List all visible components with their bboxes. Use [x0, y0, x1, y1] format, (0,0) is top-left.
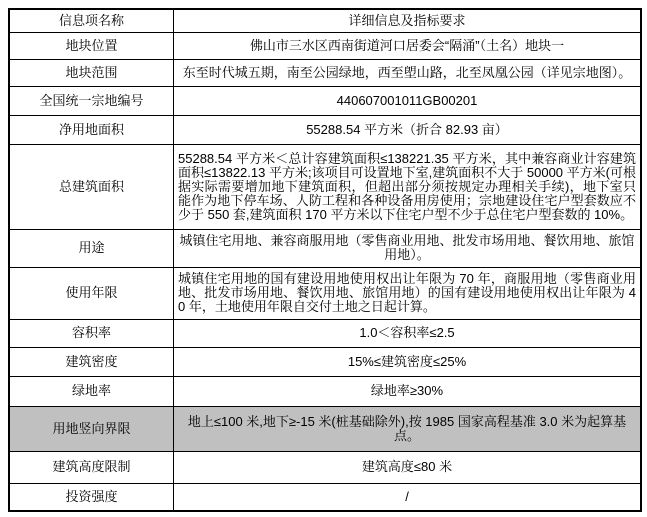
- document-page: 信息项名称 详细信息及指标要求 地块位置 佛山市三水区西南街道河口居委会“隔涌”…: [0, 0, 647, 517]
- row-land-use: 用途 城镇住宅用地、兼容商服用地（零售商业用地、批发市场用地、餐饮用地、旅馆用地…: [9, 229, 641, 267]
- row-label: 使用年限: [9, 267, 174, 319]
- row-value: 55288.54 平方米＜总计容建筑面积≤138221.35 平方米，其中兼容商…: [174, 144, 642, 229]
- row-building-density: 建筑密度 15%≤建筑密度≤25%: [9, 347, 641, 376]
- row-value: 建筑高度≤80 米: [174, 451, 642, 483]
- row-value: 地上≤100 米,地下≥-15 米(桩基础除外),按 1985 国家高程基准 3…: [174, 406, 642, 451]
- row-label: 用途: [9, 229, 174, 267]
- row-label: 全国统一宗地编号: [9, 86, 174, 115]
- row-value: /: [174, 483, 642, 511]
- row-label: 地块位置: [9, 32, 174, 59]
- row-value: 1.0＜容积率≤2.5: [174, 319, 642, 347]
- row-label: 容积率: [9, 319, 174, 347]
- row-plot-boundary: 地块范围 东至时代城五期，南至公园绿地，西至塱山路，北至凤凰公园（详见宗地图）。: [9, 59, 641, 86]
- row-plot-ratio: 容积率 1.0＜容积率≤2.5: [9, 319, 641, 347]
- row-use-term: 使用年限 城镇住宅用地的国有建设用地使用权出让年限为 70 年，商服用地（零售商…: [9, 267, 641, 319]
- row-value: 绿地率≥30%: [174, 376, 642, 406]
- row-value: 城镇住宅用地的国有建设用地使用权出让年限为 70 年，商服用地（零售商业用地、批…: [174, 267, 642, 319]
- row-investment-intensity: 投资强度 /: [9, 483, 641, 511]
- header-item-name: 信息项名称: [9, 9, 174, 32]
- row-label: 建筑高度限制: [9, 451, 174, 483]
- row-vertical-limit-highlighted: 用地竖向界限 地上≤100 米,地下≥-15 米(桩基础除外),按 1985 国…: [9, 406, 641, 451]
- row-net-land-area: 净用地面积 55288.54 平方米（折合 82.93 亩）: [9, 115, 641, 144]
- row-value: 15%≤建筑密度≤25%: [174, 347, 642, 376]
- row-value: 440607001011GB00201: [174, 86, 642, 115]
- row-value: 55288.54 平方米（折合 82.93 亩）: [174, 115, 642, 144]
- row-label: 总建筑面积: [9, 144, 174, 229]
- row-label: 绿地率: [9, 376, 174, 406]
- row-green-ratio: 绿地率 绿地率≥30%: [9, 376, 641, 406]
- row-national-parcel-number: 全国统一宗地编号 440607001011GB00201: [9, 86, 641, 115]
- row-plot-location: 地块位置 佛山市三水区西南街道河口居委会“隔涌”（土名）地块一: [9, 32, 641, 59]
- row-total-floor-area: 总建筑面积 55288.54 平方米＜总计容建筑面积≤138221.35 平方米…: [9, 144, 641, 229]
- row-label: 投资强度: [9, 483, 174, 511]
- row-value: 城镇住宅用地、兼容商服用地（零售商业用地、批发市场用地、餐饮用地、旅馆用地）。: [174, 229, 642, 267]
- row-building-height-limit: 建筑高度限制 建筑高度≤80 米: [9, 451, 641, 483]
- row-value: 佛山市三水区西南街道河口居委会“隔涌”（土名）地块一: [174, 32, 642, 59]
- row-label: 建筑密度: [9, 347, 174, 376]
- row-label: 用地竖向界限: [9, 406, 174, 451]
- row-label: 净用地面积: [9, 115, 174, 144]
- table-header-row: 信息项名称 详细信息及指标要求: [9, 9, 641, 32]
- header-detail-requirements: 详细信息及指标要求: [174, 9, 642, 32]
- row-label: 地块范围: [9, 59, 174, 86]
- row-value: 东至时代城五期，南至公园绿地，西至塱山路，北至凤凰公园（详见宗地图）。: [174, 59, 642, 86]
- land-info-table: 信息项名称 详细信息及指标要求 地块位置 佛山市三水区西南街道河口居委会“隔涌”…: [8, 8, 642, 512]
